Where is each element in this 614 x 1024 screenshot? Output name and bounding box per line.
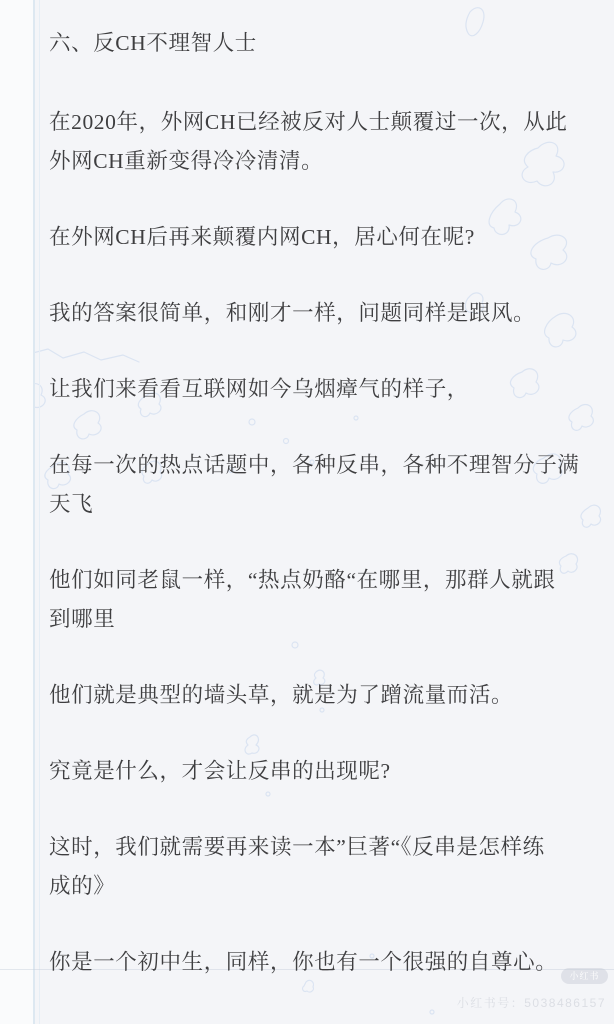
paragraph: 他们如同老鼠一样，“热点奶酪“在哪里，那群人就跟到哪里 [49, 561, 602, 639]
xiaohongshu-watermark-id: 小红书号：5038486157 [457, 994, 606, 1011]
article-heading: 六、反CH不理智人士 [49, 24, 602, 63]
paragraph: 在每一次的热点话题中，各种反串，各种不理智分子满天飞 [49, 446, 602, 524]
paragraph: 让我们来看看互联网如今乌烟瘴气的样子， [49, 370, 602, 409]
xiaohongshu-watermark-badge: 小红书 [561, 968, 608, 984]
paragraph: 这时，我们就需要再来读一本”巨著“《反串是怎样练成的》 [49, 828, 602, 906]
paragraph: 你是一个初中生，同样，你也有一个很强的自尊心。 [49, 943, 602, 982]
paragraph: 在外网CH后再来颠覆内网CH，居心何在呢? [49, 218, 602, 257]
article-paragraphs: 在2020年，外网CH已经被反对人士颠覆过一次，从此外网CH重新变得冷冷清清。在… [49, 103, 602, 982]
paragraph: 我的答案很简单，和刚才一样，问题同样是跟风。 [49, 294, 602, 333]
article: 六、反CH不理智人士 在2020年，外网CH已经被反对人士颠覆过一次，从此外网C… [0, 0, 614, 1019]
paragraph: 他们就是典型的墙头草，就是为了蹭流量而活。 [49, 676, 602, 715]
paragraph: 究竟是什么，才会让反串的出现呢? [49, 752, 602, 791]
paragraph: 在2020年，外网CH已经被反对人士颠覆过一次，从此外网CH重新变得冷冷清清。 [49, 103, 602, 181]
